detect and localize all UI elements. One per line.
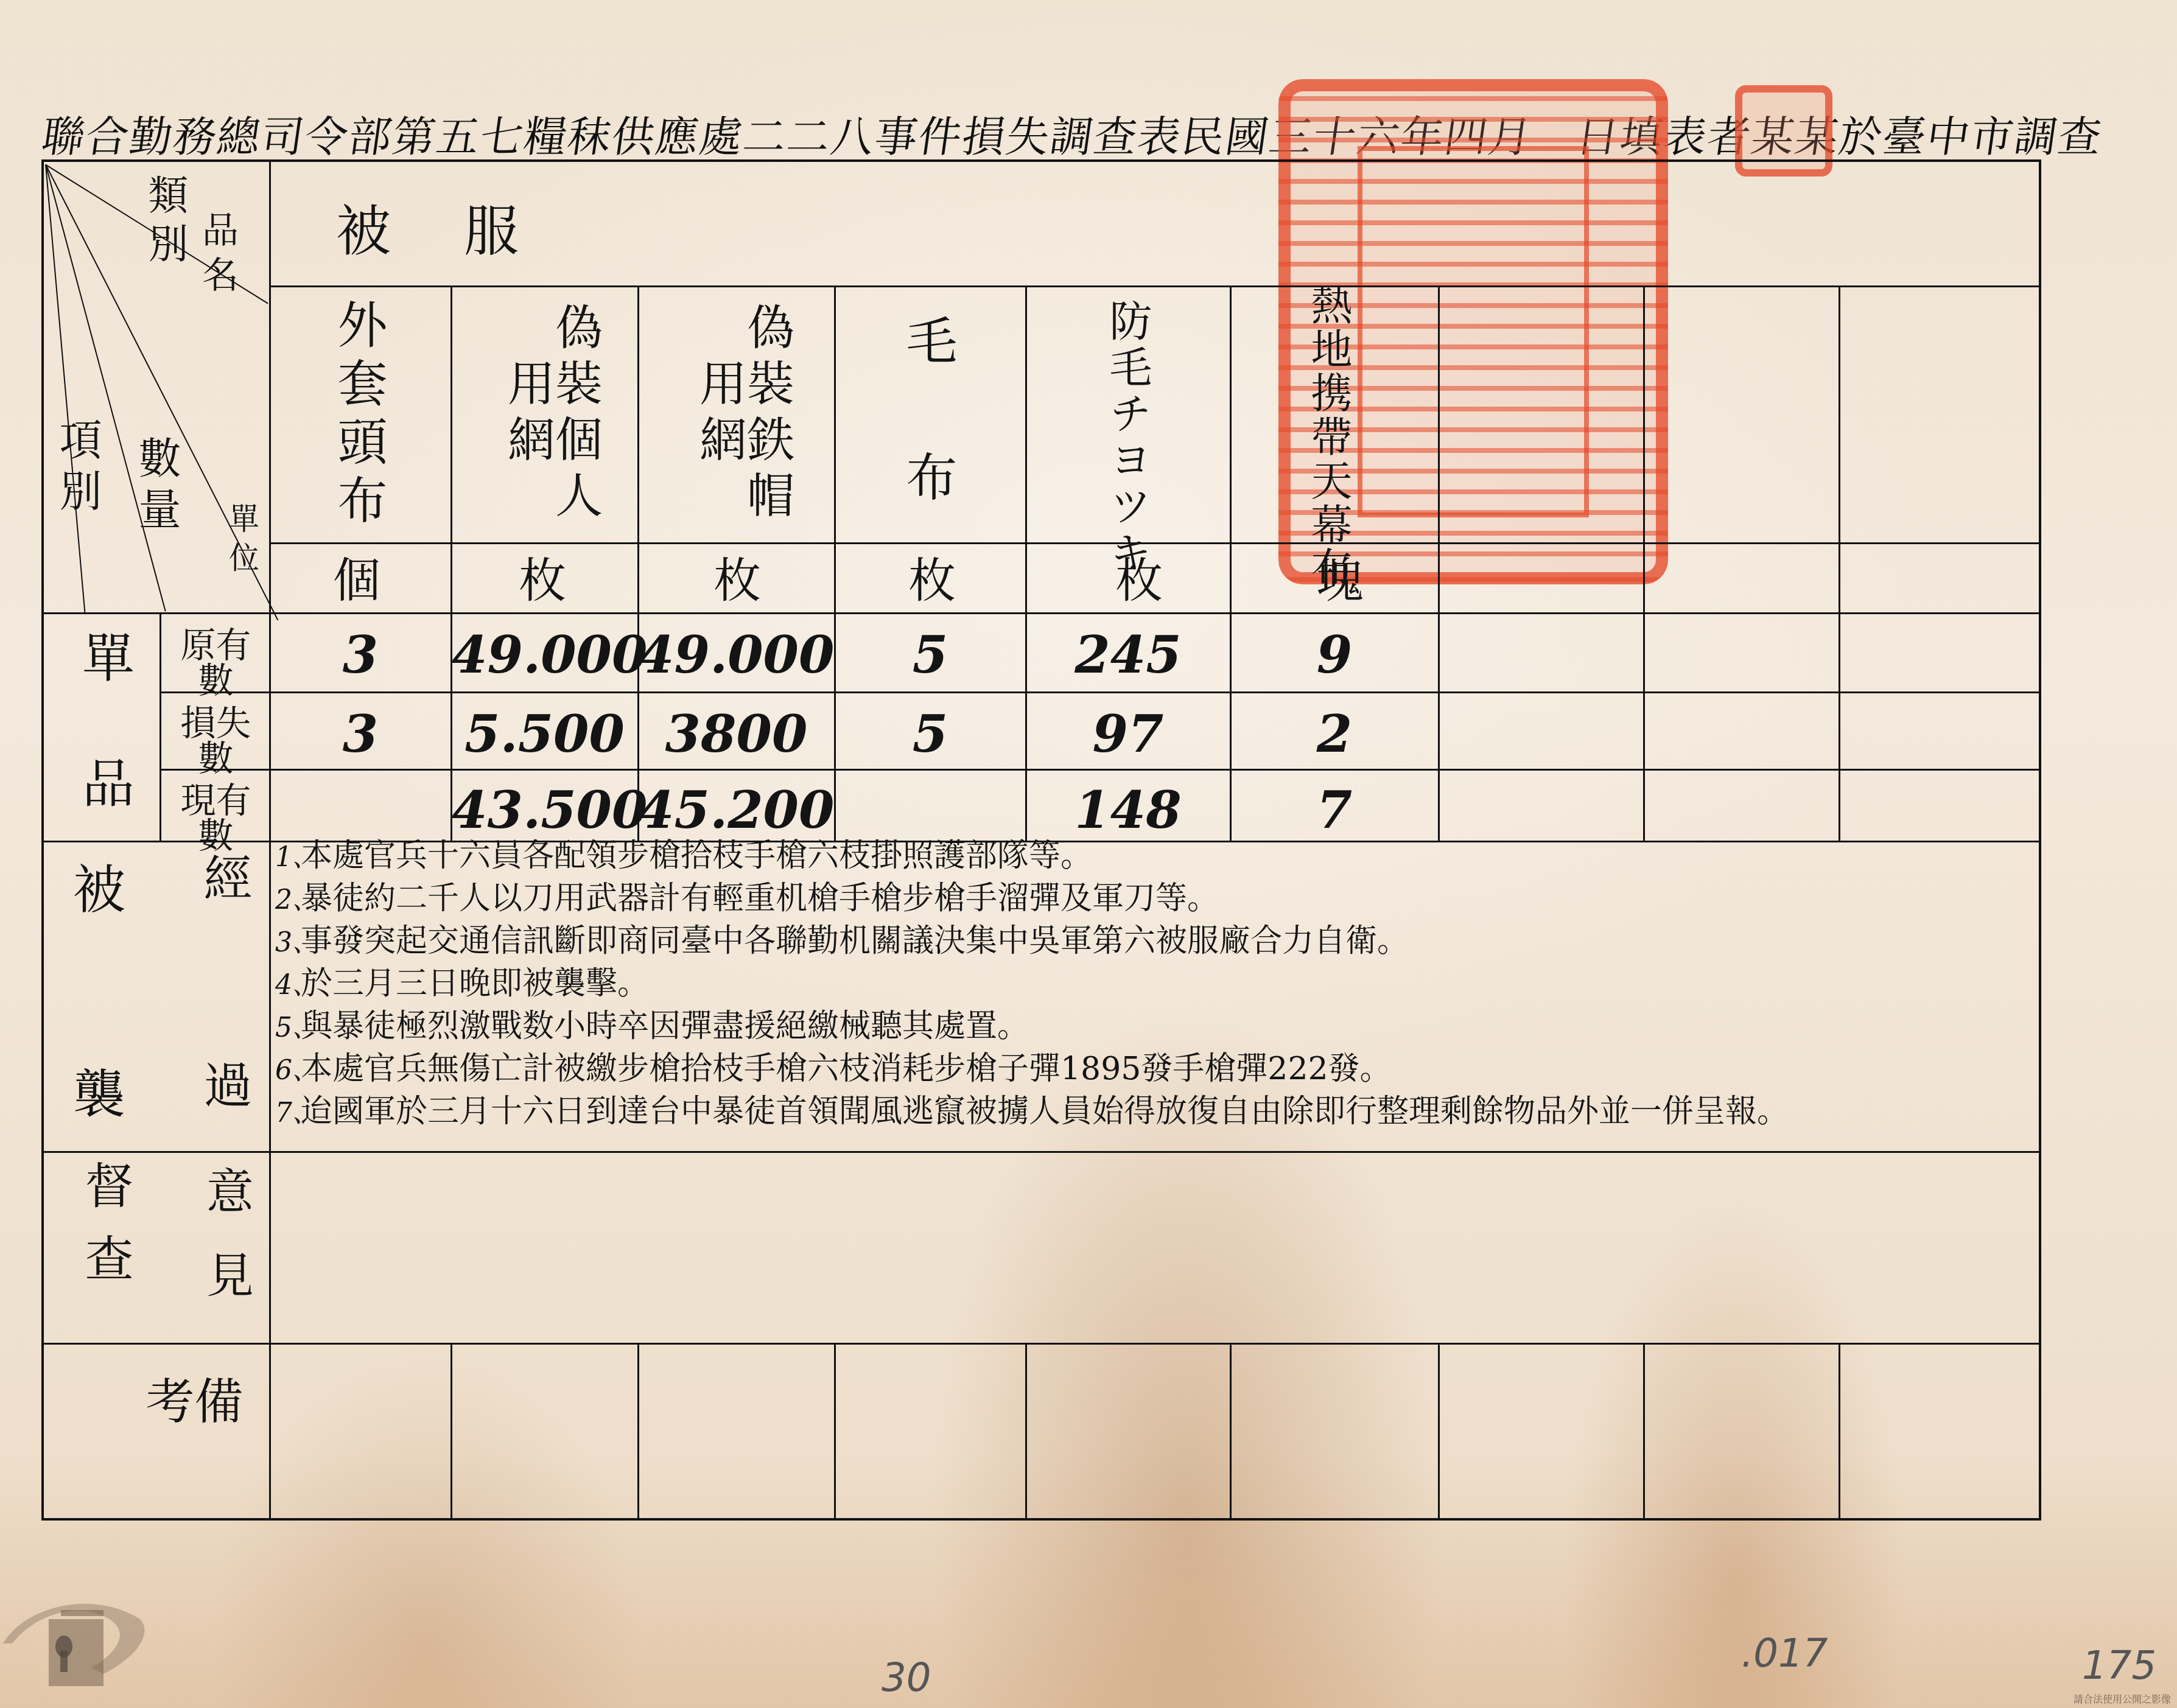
narrative-item-2: 2、暴徒約二千人以刀用武器計有輕重机槍手槍步槍手溜彈及軍刀等。 — [275, 883, 1219, 914]
opinion-label-left: 督查 — [80, 1160, 129, 1306]
col-unit-2: 枚 — [519, 558, 566, 605]
archive-keyhole-book-icon — [0, 1583, 152, 1686]
col-unit-6: 塊 — [1316, 558, 1364, 605]
pencil-mark-30: 30 — [882, 1656, 931, 1701]
cell-r2-c2: 5.500 — [452, 704, 637, 764]
cell-r2-c3: 3800 — [639, 704, 834, 764]
col-unit-5: 枚 — [1115, 558, 1163, 605]
cell-r1-c3: 49.000 — [639, 625, 834, 685]
col-name-3: 偽裝鉄帽用網 — [695, 299, 790, 530]
col-unit-4: 枚 — [908, 558, 956, 605]
section-category: 被服 — [336, 205, 592, 259]
cell-r3-c6: 7 — [1231, 780, 1438, 840]
narrative-item-6: 6、本處官兵無傷亡計被繳步槍拾枝手槍六枝消耗步槍子彈1895發手槍彈222發。 — [275, 1053, 1392, 1085]
pencil-mark-175: 175 — [2082, 1643, 2156, 1689]
corner-quantity-label: 數量 — [135, 436, 178, 538]
cell-r2-c4: 5 — [835, 704, 1025, 764]
row-label-current: 現有數 — [166, 783, 266, 853]
col-name-5: 防毛チヨツキ — [1106, 299, 1149, 576]
narrative-item-5: 5、與暴徒極烈激戰数小時卒因彈盡援絕繳械聽其處置。 — [275, 1010, 1029, 1042]
usage-watermark: 請合法使用公開之影像 — [2074, 1692, 2171, 1706]
pencil-mark-017: .017 — [1741, 1631, 1828, 1676]
cell-r2-c1: 3 — [270, 704, 450, 764]
col-unit-3: 枚 — [713, 558, 761, 605]
corner-category-label: 類別 — [144, 174, 184, 271]
corner-item-name-label: 品名 — [199, 211, 236, 301]
narrative-item-3: 3、事發突起交通信訊斷即商同臺中各聯勤机關議決集中吳軍第六被服廠合力自衛。 — [275, 925, 1409, 957]
row-label-loss: 損失數 — [166, 705, 266, 776]
rows-group-label: 單品 — [77, 631, 130, 881]
cell-r2-c6: 2 — [1231, 704, 1438, 764]
cell-r1-c4: 5 — [835, 625, 1025, 685]
cell-r1-c1: 3 — [270, 625, 450, 685]
corner-unit-label: 單位 — [226, 503, 257, 581]
remarks-label: 備考 — [141, 1355, 239, 1518]
col-name-4: 毛布 — [902, 314, 953, 587]
corner-type-label: 項別 — [56, 418, 99, 520]
cell-r1-c2: 49.000 — [452, 625, 637, 685]
narrative-item-1: 1、本處官兵十六員各配領步槍拾枝手槍六枝掛照護部隊等。 — [275, 840, 1092, 872]
narrative-item-7: 7、迨國軍於三月十六日到達台中暴徒首領聞風逃竄被擄人員始得放復自由除即行整理剩餘… — [275, 1096, 1789, 1127]
narrative-item-4: 4、於三月三日晚即被襲擊。 — [275, 968, 649, 999]
col-name-6: 熱地携帶天幕布 — [1307, 284, 1348, 590]
col-unit-1: 個 — [333, 558, 380, 605]
cell-r3-c2: 43.500 — [452, 780, 637, 840]
cell-r1-c6: 9 — [1231, 625, 1438, 685]
cell-r3-c3: 45.200 — [639, 780, 834, 840]
cell-r1-c5: 245 — [1026, 625, 1230, 685]
col-name-1: 外套頭布 — [333, 299, 383, 533]
col-name-2: 偽裝個人用網 — [503, 299, 598, 530]
opinion-label-right: 意見 — [202, 1166, 250, 1334]
cell-r3-c5: 148 — [1026, 780, 1230, 840]
cell-r2-c5: 97 — [1026, 704, 1230, 764]
row-label-original: 原有數 — [166, 628, 266, 698]
